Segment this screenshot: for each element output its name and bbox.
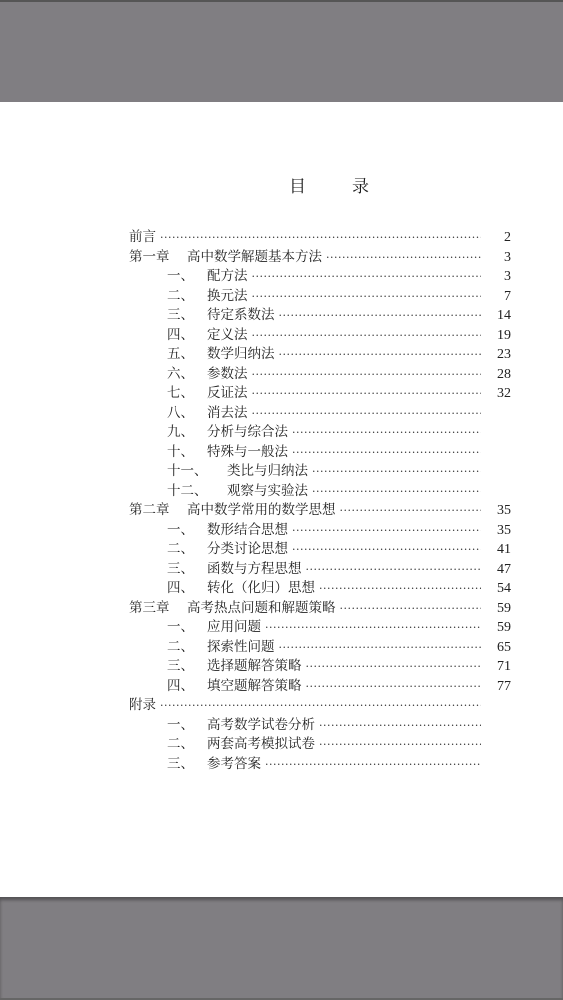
toc-entry-number: 四、 <box>167 326 207 346</box>
toc-chapter-entry[interactable]: 第一章高中数学解题基本方法3 <box>129 248 511 268</box>
toc-section-entry[interactable]: 七、反证法32 <box>129 384 511 404</box>
toc-entry-label: 三、参考答案 <box>129 755 265 775</box>
dot-leader <box>265 755 481 775</box>
dot-leader <box>312 462 481 482</box>
toc-entry-label: 前言 <box>129 228 160 248</box>
toc-section-entry[interactable]: 十一、类比与归纳法 <box>129 462 511 482</box>
toc-entry-label: 三、选择题解答策略 <box>129 657 306 677</box>
toc-entry-number: 三、 <box>167 306 207 326</box>
toc-entry-number: 一、 <box>167 267 207 287</box>
dot-leader <box>292 423 481 443</box>
toc-entry-label: 七、反证法 <box>129 384 252 404</box>
toc-section-entry[interactable]: 六、参数法28 <box>129 365 511 385</box>
toc-entry-number: 四、 <box>167 677 207 697</box>
toc-entry-number: 四、 <box>167 579 207 599</box>
toc-entry-label: 十一、类比与归纳法 <box>129 462 312 482</box>
toc-entry-title: 高考数学试卷分析 <box>207 717 315 733</box>
toc-entry-title: 待定系数法 <box>207 307 275 323</box>
toc-entry-title: 探索性问题 <box>207 639 275 655</box>
dot-leader <box>306 657 482 677</box>
toc-section-entry[interactable]: 一、应用问题59 <box>129 618 511 638</box>
toc-page-number: 71 <box>487 657 511 677</box>
toc-entry-label: 四、定义法 <box>129 326 252 346</box>
document-page[interactable]: 目 录 前言2第一章高中数学解题基本方法3一、配方法3二、换元法7三、待定系数法… <box>0 102 563 897</box>
toc-entry-number: 一、 <box>167 521 207 541</box>
toc-entry-label: 一、高考数学试卷分析 <box>129 716 319 736</box>
toc-entry-number: 一、 <box>167 716 207 736</box>
toc-entry-number: 第二章 <box>129 501 187 521</box>
toc-entry-label: 二、探索性问题 <box>129 638 279 658</box>
toc-chapter-entry[interactable]: 第二章高中数学常用的数学思想35 <box>129 501 511 521</box>
toc-entry-number: 第三章 <box>129 599 187 619</box>
toc-entry-number: 十二、 <box>167 482 227 502</box>
toc-entry-title: 观察与实验法 <box>227 483 308 499</box>
dot-leader <box>292 521 481 541</box>
toc-entry-title: 转化（化归）思想 <box>207 580 315 596</box>
dot-leader <box>160 228 481 248</box>
toc-entry-title: 数学归纳法 <box>207 346 275 362</box>
toc-entry-label: 一、配方法 <box>129 267 252 287</box>
toc-entry-label: 五、数学归纳法 <box>129 345 279 365</box>
toc-page-number: 3 <box>487 248 511 268</box>
dot-leader <box>319 735 481 755</box>
toc-entry-label: 二、换元法 <box>129 287 252 307</box>
toc-entry-label: 三、函数与方程思想 <box>129 560 306 580</box>
dot-leader <box>279 345 482 365</box>
toc-section-entry[interactable]: 三、参考答案 <box>129 755 511 775</box>
toc-entry-number: 二、 <box>167 638 207 658</box>
toc-entry-number: 二、 <box>167 540 207 560</box>
dot-leader <box>252 384 482 404</box>
toc-entry-title: 定义法 <box>207 327 248 343</box>
top-gray-band <box>0 0 563 102</box>
toc-page-number: 2 <box>487 228 511 248</box>
toc-section-entry[interactable]: 十二、观察与实验法 <box>129 482 511 502</box>
toc-entry-label: 六、参数法 <box>129 365 252 385</box>
dot-leader <box>319 716 481 736</box>
toc-page-number: 35 <box>487 501 511 521</box>
toc-page-number: 3 <box>487 267 511 287</box>
toc-section-entry[interactable]: 四、转化（化归）思想54 <box>129 579 511 599</box>
toc-entry-number: 三、 <box>167 755 207 775</box>
toc-entry-number: 十、 <box>167 443 207 463</box>
toc-page-number: 65 <box>487 638 511 658</box>
toc-entry-title: 前言 <box>129 229 156 245</box>
toc-entry-title: 两套高考模拟试卷 <box>207 736 315 752</box>
dot-leader <box>306 677 482 697</box>
toc-entry-title: 函数与方程思想 <box>207 561 302 577</box>
toc-entry-label: 九、分析与综合法 <box>129 423 292 443</box>
toc-page-number: 77 <box>487 677 511 697</box>
toc-entry-title: 参数法 <box>207 366 248 382</box>
toc-entry-label: 四、转化（化归）思想 <box>129 579 319 599</box>
toc-page-number: 19 <box>487 326 511 346</box>
dot-leader <box>306 560 482 580</box>
toc-section-entry[interactable]: 三、待定系数法14 <box>129 306 511 326</box>
toc-section-entry[interactable]: 八、消去法 <box>129 404 511 424</box>
toc-section-entry[interactable]: 二、两套高考模拟试卷 <box>129 735 511 755</box>
toc-entry-title: 特殊与一般法 <box>207 444 288 460</box>
toc-section-entry[interactable]: 二、探索性问题65 <box>129 638 511 658</box>
dot-leader <box>319 579 481 599</box>
toc-entry-title: 应用问题 <box>207 619 261 635</box>
toc-entry-number: 十一、 <box>167 462 227 482</box>
toc-section-entry[interactable]: 一、高考数学试卷分析 <box>129 716 511 736</box>
toc-entry-number: 六、 <box>167 365 207 385</box>
toc-page-number: 28 <box>487 365 511 385</box>
toc-entry-title: 填空题解答策略 <box>207 678 302 694</box>
toc-page-number: 54 <box>487 579 511 599</box>
toc-entry-label: 第三章高考热点问题和解题策略 <box>129 599 340 619</box>
toc-section-entry[interactable]: 九、分析与综合法 <box>129 423 511 443</box>
toc-chapter-entry[interactable]: 前言2 <box>129 228 511 248</box>
dot-leader <box>252 404 482 424</box>
toc-entry-number: 五、 <box>167 345 207 365</box>
dot-leader <box>252 267 482 287</box>
toc-entry-title: 高中数学解题基本方法 <box>187 249 322 265</box>
toc-entry-title: 消去法 <box>207 405 248 421</box>
toc-page-number: 59 <box>487 599 511 619</box>
toc-entry-number: 一、 <box>167 618 207 638</box>
dot-leader <box>265 618 481 638</box>
toc-entry-label: 十、特殊与一般法 <box>129 443 292 463</box>
toc-entry-number: 七、 <box>167 384 207 404</box>
dot-leader <box>279 638 482 658</box>
toc-entry-title: 附录 <box>129 697 156 713</box>
toc-entry-title: 配方法 <box>207 268 248 284</box>
dot-leader <box>252 287 482 307</box>
toc-entry-label: 四、填空题解答策略 <box>129 677 306 697</box>
toc-entry-title: 选择题解答策略 <box>207 658 302 674</box>
dot-leader <box>292 443 481 463</box>
toc-entry-number: 八、 <box>167 404 207 424</box>
toc-entry-title: 分析与综合法 <box>207 424 288 440</box>
dot-leader <box>252 326 482 346</box>
toc-page-number: 23 <box>487 345 511 365</box>
toc-entry-label: 二、两套高考模拟试卷 <box>129 735 319 755</box>
toc-entry-title: 高中数学常用的数学思想 <box>187 502 336 518</box>
toc-entry-title: 数形结合思想 <box>207 522 288 538</box>
toc-chapter-entry[interactable]: 附录 <box>129 696 511 716</box>
toc-entry-label: 附录 <box>129 696 160 716</box>
bottom-gray-band <box>0 897 563 1000</box>
toc-entry-label: 一、应用问题 <box>129 618 265 638</box>
toc-page-number: 32 <box>487 384 511 404</box>
toc-entry-number: 九、 <box>167 423 207 443</box>
toc-section-entry[interactable]: 十、特殊与一般法 <box>129 443 511 463</box>
table-of-contents: 前言2第一章高中数学解题基本方法3一、配方法3二、换元法7三、待定系数法14四、… <box>129 228 511 774</box>
toc-entry-title: 类比与归纳法 <box>227 463 308 479</box>
toc-entry-number: 三、 <box>167 657 207 677</box>
toc-title-char-1: 目 <box>289 172 306 197</box>
toc-section-entry[interactable]: 二、换元法7 <box>129 287 511 307</box>
toc-title-char-2: 录 <box>352 172 369 197</box>
dot-leader <box>340 599 482 619</box>
toc-page-number: 59 <box>487 618 511 638</box>
toc-entry-title: 换元法 <box>207 288 248 304</box>
toc-section-entry[interactable]: 四、填空题解答策略77 <box>129 677 511 697</box>
dot-leader <box>279 306 482 326</box>
toc-entry-label: 二、分类讨论思想 <box>129 540 292 560</box>
toc-entry-number: 第一章 <box>129 248 187 268</box>
toc-entry-title: 参考答案 <box>207 756 261 772</box>
dot-leader <box>312 482 481 502</box>
toc-section-entry[interactable]: 三、函数与方程思想47 <box>129 560 511 580</box>
toc-page-number: 14 <box>487 306 511 326</box>
toc-chapter-entry[interactable]: 第三章高考热点问题和解题策略59 <box>129 599 511 619</box>
toc-entry-number: 二、 <box>167 735 207 755</box>
toc-section-entry[interactable]: 三、选择题解答策略71 <box>129 657 511 677</box>
toc-section-entry[interactable]: 二、分类讨论思想41 <box>129 540 511 560</box>
toc-page-number: 47 <box>487 560 511 580</box>
toc-entry-title: 反证法 <box>207 385 248 401</box>
toc-section-entry[interactable]: 四、定义法19 <box>129 326 511 346</box>
dot-leader <box>340 501 482 521</box>
dot-leader <box>326 248 481 268</box>
toc-entry-title: 高考热点问题和解题策略 <box>187 600 336 616</box>
toc-entry-label: 一、数形结合思想 <box>129 521 292 541</box>
toc-entry-label: 十二、观察与实验法 <box>129 482 312 502</box>
dot-leader <box>292 540 481 560</box>
toc-section-entry[interactable]: 五、数学归纳法23 <box>129 345 511 365</box>
toc-entry-label: 第一章高中数学解题基本方法 <box>129 248 326 268</box>
toc-entry-title: 分类讨论思想 <box>207 541 288 557</box>
toc-page-number: 41 <box>487 540 511 560</box>
toc-entry-label: 第二章高中数学常用的数学思想 <box>129 501 340 521</box>
toc-page-number: 7 <box>487 287 511 307</box>
dot-leader <box>160 696 481 716</box>
toc-entry-label: 八、消去法 <box>129 404 252 424</box>
toc-entry-number: 二、 <box>167 287 207 307</box>
toc-entry-number: 三、 <box>167 560 207 580</box>
dot-leader <box>252 365 482 385</box>
toc-entry-label: 三、待定系数法 <box>129 306 279 326</box>
toc-section-entry[interactable]: 一、配方法3 <box>129 267 511 287</box>
toc-section-entry[interactable]: 一、数形结合思想35 <box>129 521 511 541</box>
toc-page-number: 35 <box>487 521 511 541</box>
